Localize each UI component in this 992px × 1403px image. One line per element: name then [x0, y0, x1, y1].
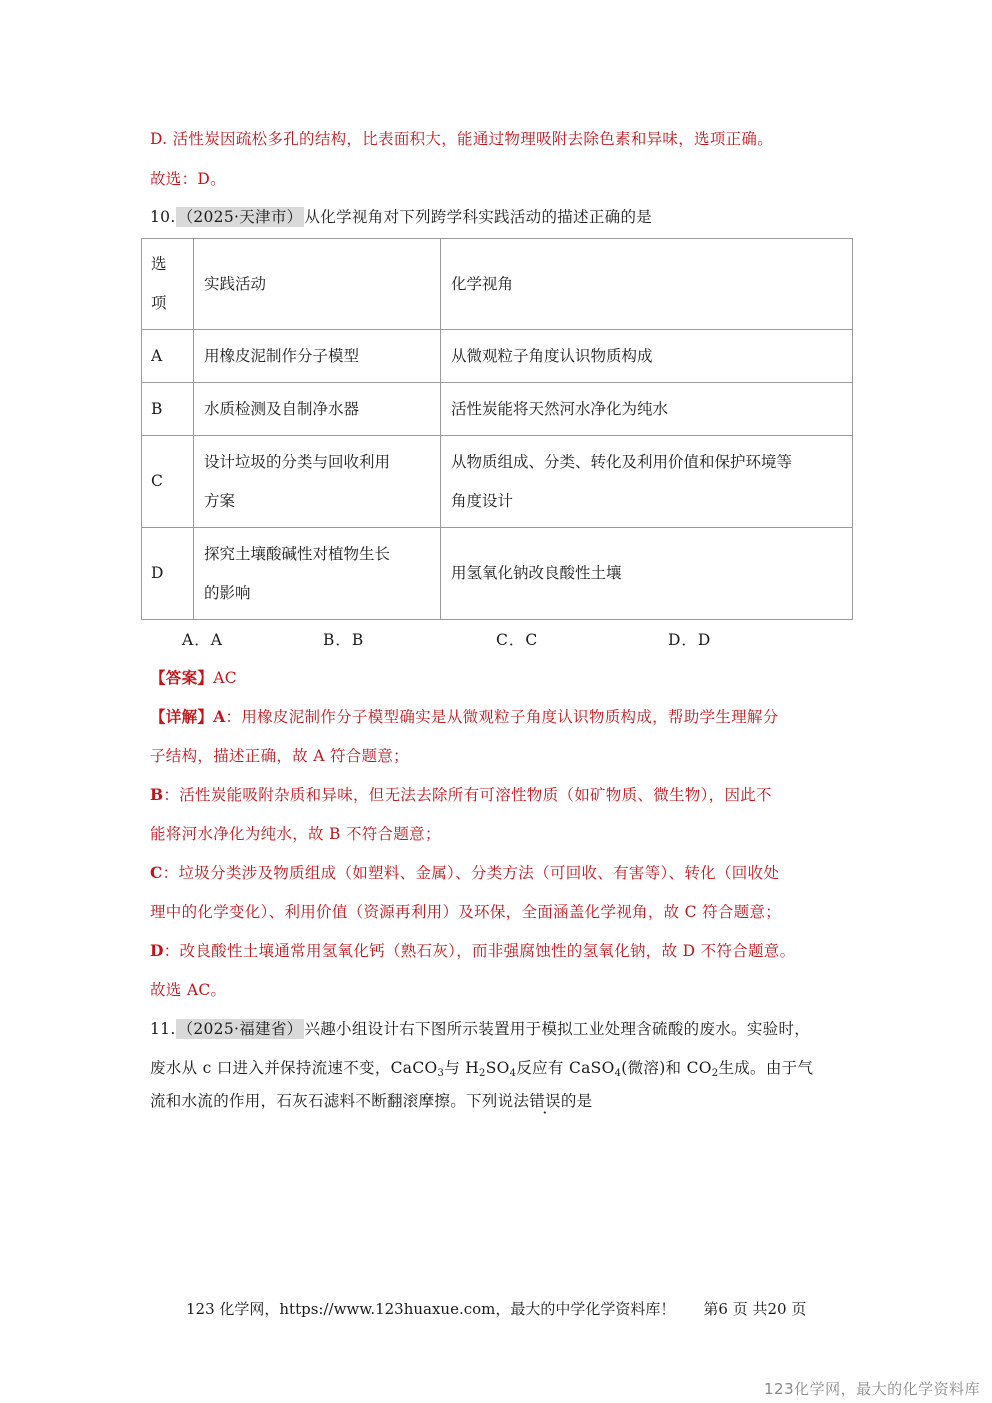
row-activity-line1: 探究土壤酸碱性对植物生长 [204, 535, 430, 574]
detail-b-text: ：活性炭能吸附杂质和异味，但无法去除所有可溶性物质（如矿物质、微生物），因此不 [163, 786, 771, 804]
detail-d-text: ：改良酸性土壤通常用氢氧化钙（熟石灰），而非强腐蚀性的氢氧化钠，故 D 不符合题… [164, 942, 796, 960]
q11-text: 反应有 CaSO [516, 1059, 614, 1077]
row-option: D [142, 528, 194, 620]
table-row: D 探究土壤酸碱性对植物生长 的影响 用氢氧化钠改良酸性土壤 [142, 528, 853, 620]
q11-stem-part1: 兴趣小组设计右下图所示装置用于模拟工业处理含硫酸的废水。实验时， [304, 1020, 810, 1038]
row-view: 从微观粒子角度认识物质构成 [441, 330, 853, 383]
page-footer: 123 化学网，https://www.123huaxue.com，最大的中学化… [186, 1298, 806, 1319]
q11-text: 流和水流的作用，石灰石滤料不断翻滚摩擦。下列说法 [150, 1092, 529, 1110]
q11-line1: 11.（2025·福建省）兴趣小组设计右下图所示装置用于模拟工业处理含硫酸的废水… [150, 1018, 810, 1040]
row-view: 从物质组成、分类、转化及利用价值和保护环境等 角度设计 [441, 436, 853, 528]
row-activity: 水质检测及自制净水器 [194, 383, 441, 436]
detail-d-line1: D：改良酸性土壤通常用氢氧化钙（熟石灰），而非强腐蚀性的氢氧化钠，故 D 不符合… [150, 940, 795, 962]
detail-c-line1: C：垃圾分类涉及物质组成（如塑料、金属）、分类方法（可回收、有害等）、转化（回收… [150, 862, 779, 884]
emphasis-dotted-word: 错误 [529, 1092, 561, 1110]
row-view-line1: 从物质组成、分类、转化及利用价值和保护环境等 [451, 443, 842, 482]
answer-value: AC [213, 669, 237, 687]
subscript: 2 [479, 1068, 486, 1079]
row-view: 用氢氧化钠改良酸性土壤 [441, 528, 853, 620]
q10-stem-line: 10.（2025·天津市）从化学视角对下列跨学科实践活动的描述正确的是 [150, 206, 652, 228]
detail-conclusion: 故选 AC。 [150, 979, 226, 1001]
prev-option-d-explanation: D. 活性炭因疏松多孔的结构，比表面积大，能通过物理吸附去除色素和异味，选项正确… [150, 128, 773, 150]
q11-line3: 流和水流的作用，石灰石滤料不断翻滚摩擦。下列说法错误的是 [150, 1090, 592, 1112]
footer-site-text: 123 化学网，https://www.123huaxue.com，最大的中学化… [186, 1300, 675, 1318]
detail-label: 【详解】 [150, 707, 213, 726]
detail-d-label: D [150, 941, 164, 960]
row-view-line2: 角度设计 [451, 482, 842, 521]
watermark: 123化学网，最大的化学资料库 [764, 1378, 980, 1399]
header-activity: 实践活动 [194, 239, 441, 330]
row-option: B [142, 383, 194, 436]
detail-b-label: B [150, 785, 163, 804]
q11-text: SO [486, 1059, 510, 1077]
row-activity: 设计垃圾的分类与回收利用 方案 [194, 436, 441, 528]
q10-answer: 【答案】AC [150, 667, 237, 689]
header-option-line1: 选 [151, 245, 183, 284]
header-view: 化学视角 [441, 239, 853, 330]
q11-text: 生成。由于气 [718, 1059, 813, 1077]
q11-number: 11. [150, 1020, 176, 1038]
q11-text: 与 H [444, 1059, 479, 1077]
row-activity: 用橡皮泥制作分子模型 [194, 330, 441, 383]
page-number: 第6 页 共20 页 [703, 1300, 806, 1318]
table-row: A 用橡皮泥制作分子模型 从微观粒子角度认识物质构成 [142, 330, 853, 383]
q11-text: 废水从 c 口进入并保持流速不变，CaCO [150, 1059, 438, 1077]
detail-a-line2: 子结构，描述正确，故 A 符合题意； [150, 745, 409, 767]
q11-line2: 废水从 c 口进入并保持流速不变，CaCO3与 H2SO4反应有 CaSO4(微… [150, 1057, 813, 1085]
detail-a-line1: 【详解】A：用橡皮泥制作分子模型确实是从微观粒子角度认识物质构成，帮助学生理解分 [150, 706, 779, 728]
header-option-line2: 项 [151, 284, 183, 323]
row-activity: 探究土壤酸碱性对植物生长 的影响 [194, 528, 441, 620]
choice-d: D．D [668, 628, 711, 650]
choice-a: A．A [182, 628, 223, 650]
q10-options-table: 选 项 实践活动 化学视角 A 用橡皮泥制作分子模型 从微观粒子角度认识物质构成… [141, 238, 853, 620]
detail-a-text: ：用橡皮泥制作分子模型确实是从微观粒子角度认识物质构成，帮助学生理解分 [226, 708, 779, 726]
choice-c: C．C [496, 628, 538, 650]
q10-source-tag: （2025·天津市） [176, 207, 305, 227]
detail-b-line1: B：活性炭能吸附杂质和异味，但无法去除所有可溶性物质（如矿物质、微生物），因此不 [150, 784, 772, 806]
choice-b: B．B [323, 628, 364, 650]
table-header-row: 选 项 实践活动 化学视角 [142, 239, 853, 330]
table-row: C 设计垃圾的分类与回收利用 方案 从物质组成、分类、转化及利用价值和保护环境等… [142, 436, 853, 528]
row-activity-line2: 方案 [204, 482, 430, 521]
detail-c-line2: 理中的化学变化）、利用价值（资源再利用）及环保，全面涵盖化学视角，故 C 符合题… [150, 901, 781, 923]
detail-c-text: ：垃圾分类涉及物质组成（如塑料、金属）、分类方法（可回收、有害等）、转化（回收处 [163, 864, 780, 882]
q11-source-tag: （2025·福建省） [176, 1019, 305, 1039]
prev-conclusion: 故选：D。 [150, 168, 226, 190]
row-activity-line1: 设计垃圾的分类与回收利用 [204, 443, 430, 482]
detail-b-line2: 能将河水净化为纯水，故 B 不符合题意； [150, 823, 441, 845]
header-option: 选 项 [142, 239, 194, 330]
q11-text: (微溶)和 CO [621, 1059, 712, 1077]
row-activity-line2: 的影响 [204, 574, 430, 613]
row-option: C [142, 436, 194, 528]
detail-c-label: C [150, 863, 163, 882]
q10-number: 10. [150, 208, 176, 226]
detail-a-label: A [213, 707, 225, 726]
answer-label: 【答案】 [150, 668, 213, 687]
q10-stem: 从化学视角对下列跨学科实践活动的描述正确的是 [304, 208, 652, 226]
q11-text: 的是 [561, 1092, 593, 1110]
row-view: 活性炭能将天然河水净化为纯水 [441, 383, 853, 436]
table-row: B 水质检测及自制净水器 活性炭能将天然河水净化为纯水 [142, 383, 853, 436]
row-option: A [142, 330, 194, 383]
